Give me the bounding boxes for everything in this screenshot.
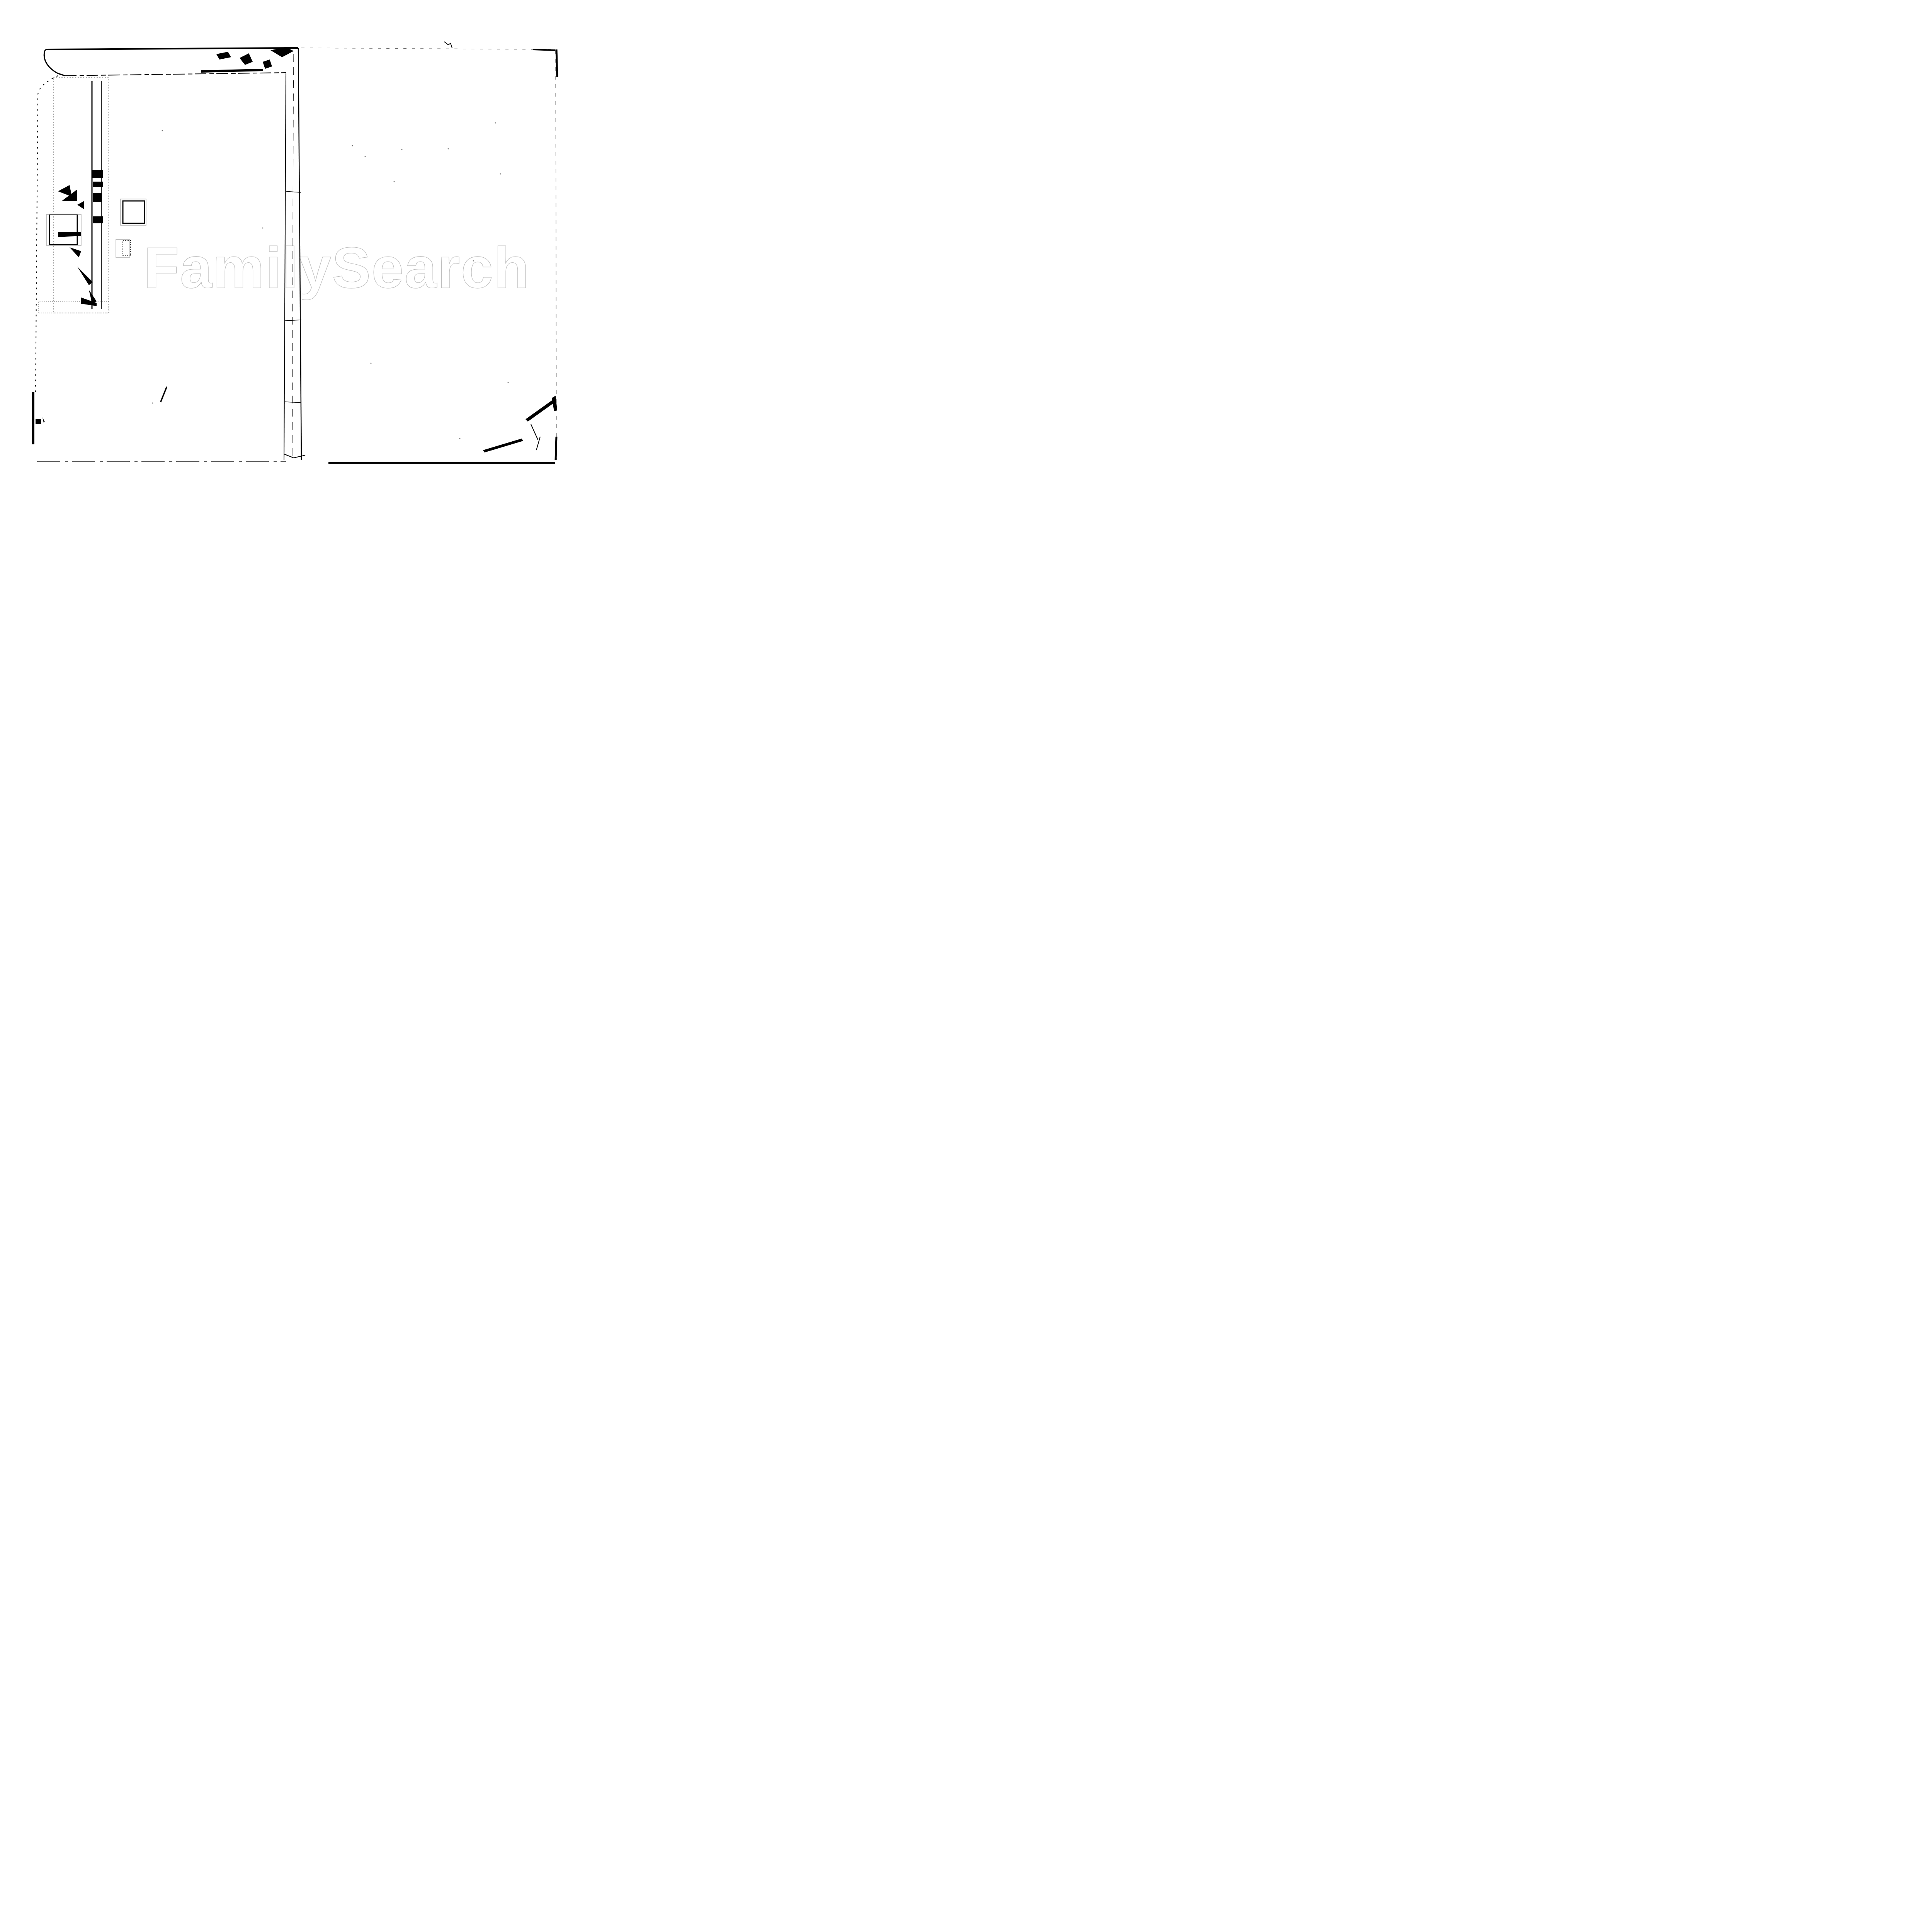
corner-wear (483, 396, 557, 452)
familysearch-tree-logo (46, 199, 146, 257)
small-glyph-mark (36, 386, 167, 424)
stamp-marks (49, 201, 145, 256)
top-band-wear (201, 47, 294, 73)
title-label-glyphs (58, 170, 103, 306)
scanned-document: FamilySearch (0, 0, 599, 471)
watermark-text: FamilySearch (144, 239, 530, 297)
